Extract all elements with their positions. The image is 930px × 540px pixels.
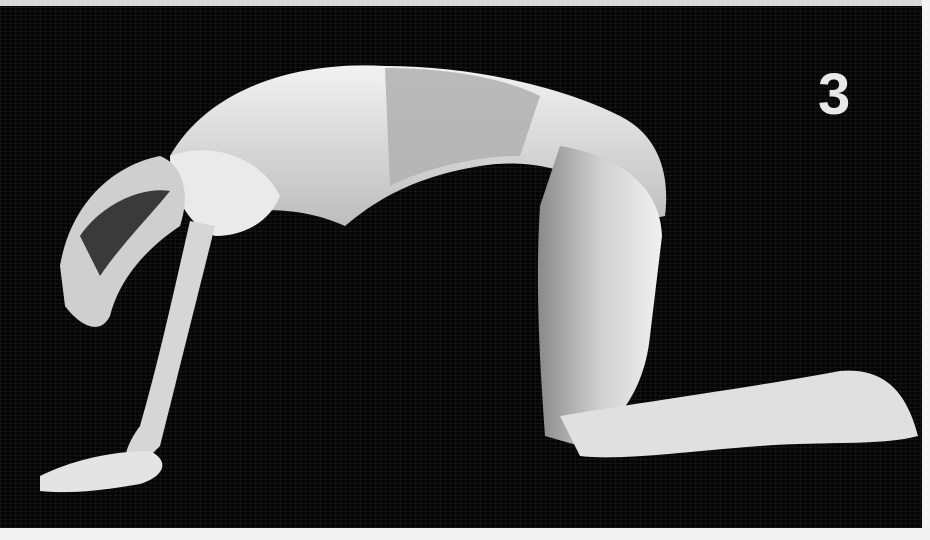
hand <box>40 451 162 492</box>
person-cat-pose <box>0 6 922 528</box>
photograph: 3 <box>0 6 922 528</box>
thigh <box>538 146 662 446</box>
plate-number: 3 <box>818 66 850 124</box>
photo-border-right <box>922 0 930 540</box>
photo-border-bottom <box>0 528 930 540</box>
